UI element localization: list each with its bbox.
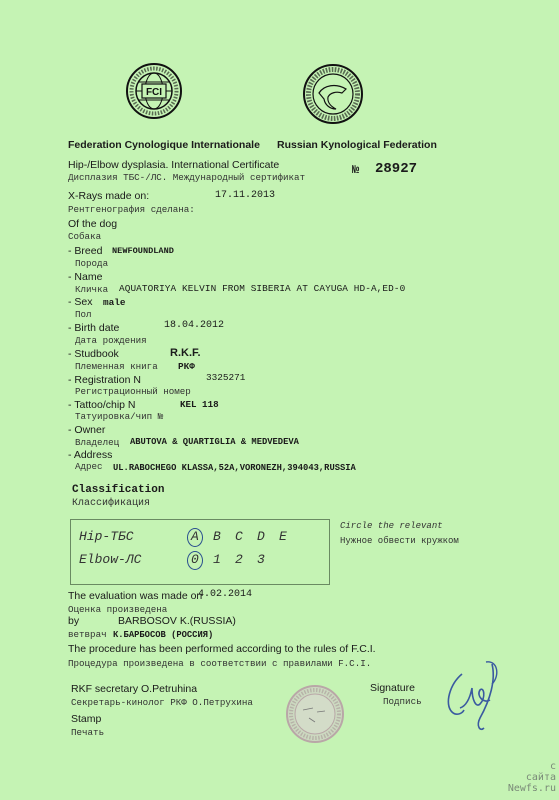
circle-note-ru: Нужное обвести кружком — [340, 536, 459, 546]
xray-date: 17.11.2013 — [215, 190, 275, 201]
watermark-line-1: с — [508, 761, 556, 772]
sex-label-ru: Пол — [75, 309, 92, 320]
dog-section-ru: Собака — [68, 231, 101, 242]
name-label-en: - Name — [68, 271, 102, 283]
tattoo-label-ru: Татуировка/чип № — [75, 411, 163, 422]
signature-label-ru: Подпись — [383, 696, 422, 707]
rkf-stamp — [285, 684, 345, 744]
owner-value: ABUTOVA & QUARTIGLIA & MEDVEDEVA — [130, 437, 299, 447]
registration-label-ru: Регистрационный номер — [75, 386, 191, 397]
fci-globe-logo-icon: FCI — [125, 62, 183, 120]
watermark: с сайта Newfs.ru — [508, 761, 556, 794]
breed-label-en: - Breed — [68, 245, 102, 257]
birth-value: 18.04.2012 — [164, 320, 224, 331]
name-label-ru: Кличка — [75, 284, 108, 295]
hip-label: Hip-ТБС — [79, 529, 134, 544]
hip-grade-C[interactable]: C — [235, 529, 243, 544]
address-label-en: - Address — [68, 449, 112, 461]
owner-label-ru: Владелец — [75, 437, 119, 448]
stamp-label-en: Stamp — [71, 713, 101, 725]
birth-label-ru: Дата рождения — [75, 335, 147, 346]
certificate-title-ru: Дисплазия ТБС-/ЛС. Международный сертифи… — [68, 172, 305, 183]
signature-label-en: Signature — [370, 682, 415, 694]
signature — [440, 660, 510, 740]
classification-box: Hip-ТБС Elbow-ЛС ABCDE 0123 — [70, 519, 330, 585]
breed-label-ru: Порода — [75, 258, 108, 269]
elbow-label: Elbow-ЛС — [79, 552, 141, 567]
stamp-seal-icon — [285, 684, 345, 744]
name-value: AQUATORIYA KELVIN FROM SIBERIA AT CAYUGA… — [119, 283, 405, 294]
secretary-en: RKF secretary O.Petruhina — [71, 683, 197, 695]
classification-title-ru: Классификация — [72, 498, 150, 509]
signature-scribble-icon — [440, 660, 510, 740]
elbow-grade-2[interactable]: 2 — [235, 552, 243, 567]
certificate-number: 28927 — [375, 161, 417, 177]
evaluation-vet-en: BARBOSOV K.(RUSSIA) — [118, 615, 236, 627]
watermark-line-3: Newfs.ru — [508, 783, 556, 794]
dog-section-en: Of the dog — [68, 218, 117, 230]
evaluation-label-ru: Оценка произведена — [68, 604, 167, 615]
address-value: UL.RABOCHEGO KLASSA,52A,VORONEZH,394043,… — [113, 463, 356, 473]
evaluation-by-en: by — [68, 615, 79, 627]
circle-note-en: Circle the relevant — [340, 521, 443, 531]
xray-label-en: X-Rays made on: — [68, 190, 149, 202]
fci-logo: FCI — [125, 62, 183, 120]
evaluation-date: 4.02.2014 — [198, 589, 252, 600]
elbow-grade-1[interactable]: 1 — [213, 552, 221, 567]
birth-label-en: - Birth date — [68, 322, 119, 334]
classification-title-en: Classification — [72, 484, 164, 496]
address-label-ru: Адрес — [75, 461, 103, 472]
owner-label-en: - Owner — [68, 424, 105, 436]
registration-value: 3325271 — [206, 372, 245, 383]
org-right-title: Russian Kynological Federation — [277, 139, 437, 151]
hip-grade-B[interactable]: B — [213, 529, 221, 544]
rkf-dog-head-logo-icon — [302, 63, 364, 125]
hip-grade-D[interactable]: D — [257, 529, 265, 544]
secretary-ru: Секретарь-кинолог РКФ О.Петрухина — [71, 697, 253, 708]
evaluation-vet-ru: К.БАРБОСОВ (РОССИЯ) — [113, 630, 213, 640]
registration-label-en: - Registration N — [68, 374, 141, 386]
studbook-value-ru: РКФ — [178, 361, 195, 372]
hip-grade-E[interactable]: E — [279, 529, 287, 544]
hip-selected-circle — [187, 528, 203, 547]
elbow-grade-3[interactable]: 3 — [257, 552, 265, 567]
evaluation-by-ru: ветврач — [68, 629, 107, 640]
studbook-label-en: - Studbook — [68, 348, 119, 360]
xray-label-ru: Рентгенография сделана: — [68, 204, 195, 215]
tattoo-value: KEL 118 — [180, 399, 219, 410]
evaluation-label-en: The evaluation was made on — [68, 590, 202, 602]
certificate-title-en: Hip-/Elbow dysplasia. International Cert… — [68, 159, 279, 171]
tattoo-label-en: - Tattoo/chip N — [68, 399, 136, 411]
svg-text:FCI: FCI — [146, 87, 162, 98]
rkf-logo — [302, 63, 364, 125]
org-left-title: Federation Cynologique Internationale — [68, 139, 260, 151]
elbow-selected-circle — [187, 551, 203, 570]
procedure-ru: Процедура произведена в соответствии с п… — [68, 658, 371, 669]
studbook-value-en: R.K.F. — [170, 347, 201, 359]
breed-value: NEWFOUNDLAND — [112, 246, 174, 256]
certificate-number-label: № — [352, 163, 359, 177]
watermark-line-2: сайта — [508, 772, 556, 783]
stamp-label-ru: Печать — [71, 727, 104, 738]
sex-label-en: - Sex — [68, 296, 93, 308]
sex-value: male — [103, 297, 126, 308]
procedure-en: The procedure has been performed accordi… — [68, 643, 376, 655]
studbook-label-ru: Племенная книга — [75, 361, 158, 372]
